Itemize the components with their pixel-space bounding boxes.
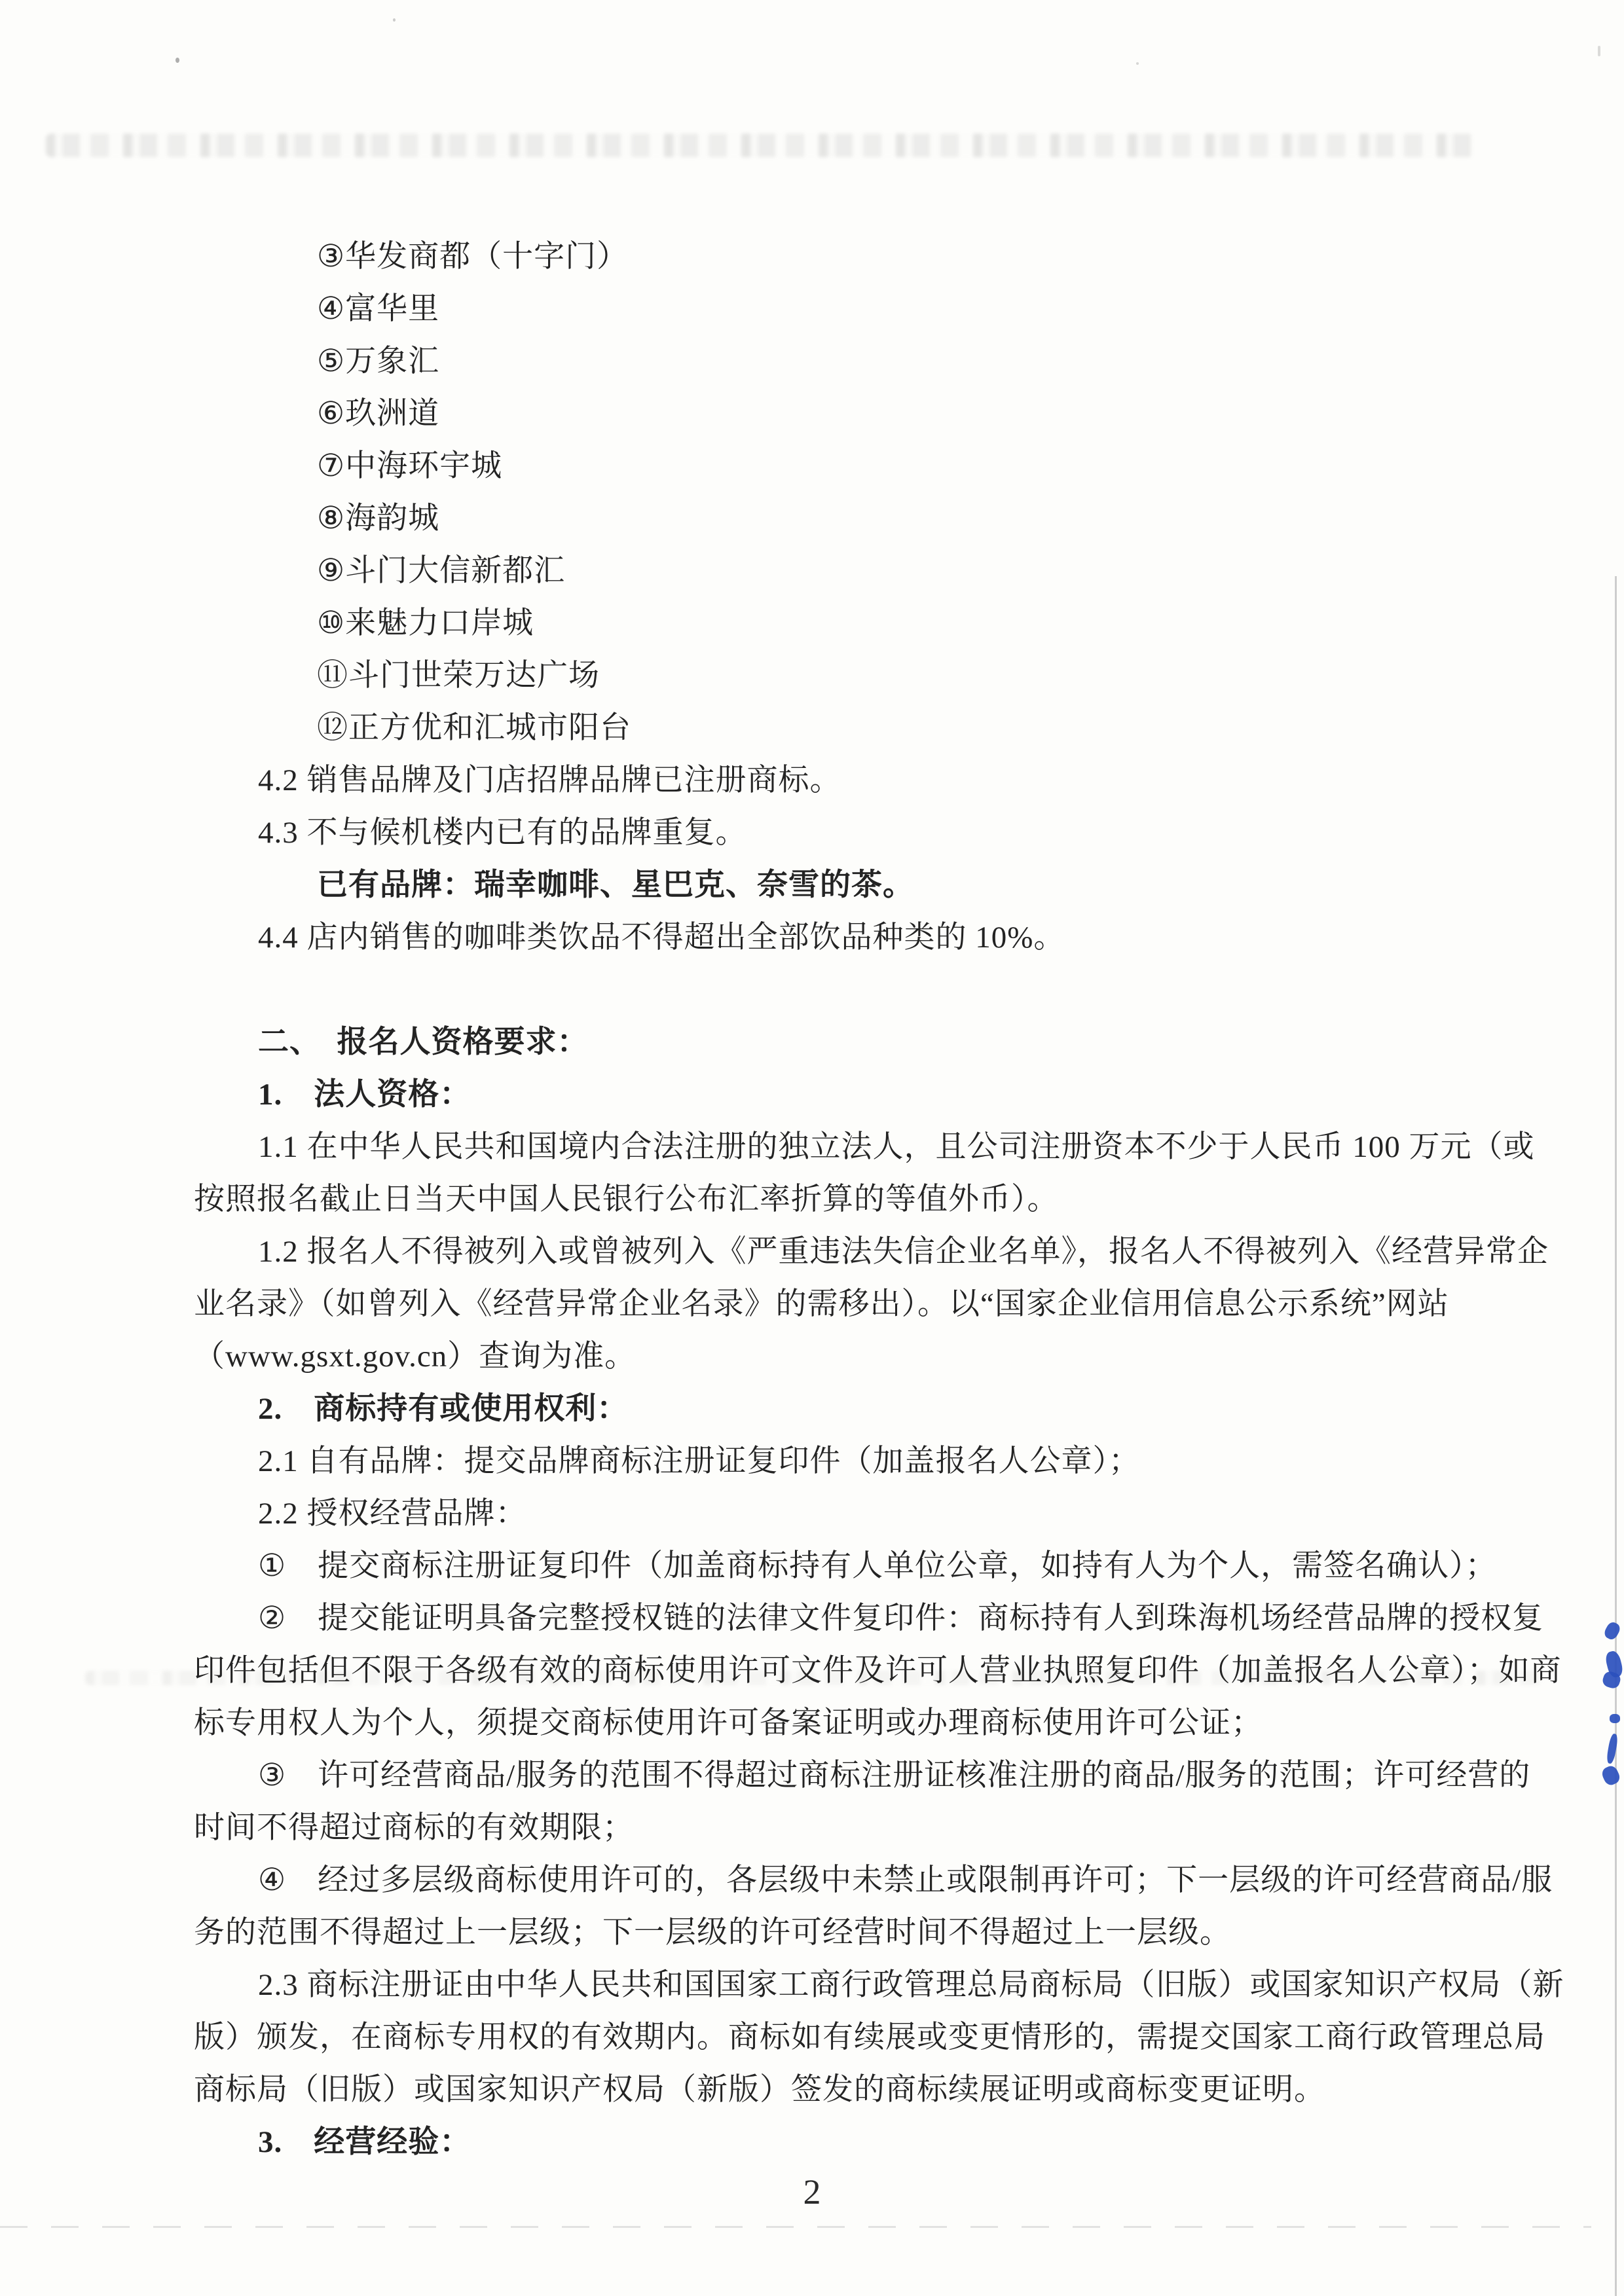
text-line: 4.2 销售品牌及门店招牌品牌已注册商标。: [194, 754, 1438, 807]
text-line: ① 提交商标注册证复印件（加盖商标持有人单位公章，如持有人为个人，需签名确认）；: [194, 1540, 1438, 1592]
blue-ink-mark: [1602, 1620, 1622, 1641]
scan-speck: [175, 58, 179, 63]
text-line: 4.4 店内销售的咖啡类饮品不得超出全部饮品种类的 10%。: [194, 911, 1438, 964]
top-bleed-through-artifact: [46, 134, 1473, 157]
text-line: ⑤万象汇: [194, 335, 1438, 388]
text-line: 2.2 授权经营品牌：: [194, 1487, 1438, 1540]
text-line: ⑥玖洲道: [194, 388, 1438, 440]
text-line: ③华发商都（十字门）: [194, 230, 1438, 283]
text-line: （www.gsxt.gov.cn）查询为准。: [194, 1330, 1438, 1383]
blue-ink-mark: [1610, 1714, 1620, 1723]
text-line: 1.2 报名人不得被列入或曾被列入《严重违法失信企业名单》，报名人不得被列入《经…: [194, 1226, 1438, 1278]
scan-speck: [1598, 46, 1600, 56]
scanned-document-page: ③华发商都（十字门）④富华里⑤万象汇⑥玖洲道⑦中海环宇城⑧海韵城⑨斗门大信新都汇…: [0, 0, 1624, 2296]
text-line: 版）颁发，在商标专用权的有效期内。商标如有续展或变更情形的，需提交国家工商行政管…: [194, 2011, 1438, 2064]
text-line: ⑩来魅力口岸城: [194, 597, 1438, 649]
bottom-scan-line-artifact: [0, 2226, 1591, 2228]
text-line: 商标局（旧版）或国家知识产权局（新版）签发的商标续展证明或商标变更证明。: [194, 2064, 1438, 2116]
scan-speck: [1136, 62, 1139, 65]
document-body: ③华发商都（十字门）④富华里⑤万象汇⑥玖洲道⑦中海环宇城⑧海韵城⑨斗门大信新都汇…: [194, 230, 1438, 2168]
text-line: 已有品牌：瑞幸咖啡、星巴克、奈雪的茶。: [194, 859, 1438, 911]
text-line: 2.1 自有品牌：提交品牌商标注册证复印件（加盖报名人公章）；: [194, 1435, 1438, 1487]
text-line: ③ 许可经营商品/服务的范围不得超过商标注册证核准注册的商品/服务的范围；许可经…: [194, 1749, 1438, 1802]
text-line: 2.3 商标注册证由中华人民共和国国家工商行政管理总局商标局（旧版）或国家知识产…: [194, 1959, 1438, 2011]
text-line: ② 提交能证明具备完整授权链的法律文件复印件：商标持有人到珠海机场经营品牌的授权…: [194, 1592, 1438, 1645]
text-line: 2. 商标持有或使用权利：: [194, 1383, 1438, 1435]
text-line: ⑫正方优和汇城市阳台: [194, 702, 1438, 754]
text-line: 印件包括但不限于各级有效的商标使用许可文件及许可人营业执照复印件（加盖报名人公章…: [194, 1645, 1438, 1697]
text-line: ⑧海韵城: [194, 492, 1438, 545]
right-edge-scan-line: [1615, 576, 1617, 2296]
text-line: ⑪斗门世荣万达广场: [194, 649, 1438, 702]
text-line: 4.3 不与候机楼内已有的品牌重复。: [194, 807, 1438, 859]
text-line: 1. 法人资格：: [194, 1068, 1438, 1121]
blue-ink-mark: [1600, 1764, 1621, 1787]
blank-line: [194, 964, 1438, 1016]
text-line: ④富华里: [194, 283, 1438, 335]
scan-speck: [393, 18, 396, 22]
text-line: 标专用权人为个人，须提交商标使用许可备案证明或办理商标使用许可公证；: [194, 1697, 1438, 1749]
text-line: ⑦中海环宇城: [194, 440, 1438, 492]
text-line: 按照报名截止日当天中国人民银行公布汇率折算的等值外币）。: [194, 1173, 1438, 1226]
text-line: 业名录》（如曾列入《经营异常企业名录》的需移出）。以“国家企业信用信息公示系统”…: [194, 1278, 1438, 1330]
text-line: ⑨斗门大信新都汇: [194, 545, 1438, 597]
text-line: 务的范围不得超过上一层级；下一层级的许可经营时间不得超过上一层级。: [194, 1906, 1438, 1959]
text-line: 时间不得超过商标的有效期限；: [194, 1802, 1438, 1854]
text-line: ④ 经过多层级商标使用许可的，各层级中未禁止或限制再许可；下一层级的许可经营商品…: [194, 1854, 1438, 1906]
page-number: 2: [0, 2172, 1624, 2212]
text-line: 3. 经营经验：: [194, 2116, 1438, 2168]
text-line: 二、 报名人资格要求：: [194, 1016, 1438, 1068]
text-line: 1.1 在中华人民共和国境内合法注册的独立法人，且公司注册资本不少于人民币 10…: [194, 1121, 1438, 1173]
